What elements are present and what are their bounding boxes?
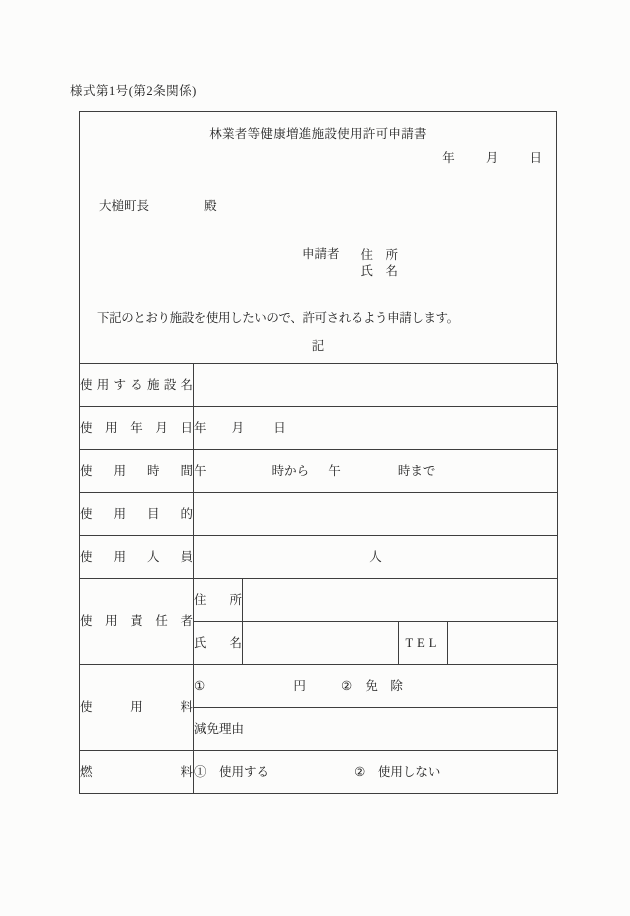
addressee-name: 大槌町長 bbox=[99, 199, 149, 213]
use-date-year-label: 年 bbox=[194, 421, 207, 435]
fee-exempt-label: 免 除 bbox=[365, 679, 403, 693]
headcount-label: 使用人員 bbox=[80, 536, 194, 579]
applicant-label: 申請者 bbox=[302, 248, 340, 261]
responsible-address-value-cell bbox=[243, 579, 558, 622]
use-time-label: 使用時間 bbox=[80, 450, 194, 493]
headcount-value-cell: 人 bbox=[194, 536, 558, 579]
use-time-to-suffix: 時まで bbox=[398, 464, 436, 478]
fee-yen-unit-label: 円 bbox=[293, 679, 306, 693]
list-marker: 記 bbox=[80, 340, 556, 353]
honorific: 殿 bbox=[204, 199, 217, 213]
use-time-meridiem-to: 午 bbox=[328, 464, 341, 478]
form-header: 林業者等健康増進施設使用許可申請書 年 月 日 大槌町長 殿 申請者 住 所 氏… bbox=[79, 111, 557, 363]
fee-reason-cell: 減免理由 bbox=[194, 708, 558, 751]
purpose-label: 使用目的 bbox=[80, 493, 194, 536]
use-date-label: 使用年月日 bbox=[80, 407, 194, 450]
application-form: 林業者等健康増進施設使用許可申請書 年 月 日 大槌町長 殿 申請者 住 所 氏… bbox=[79, 111, 557, 794]
fuel-label: 燃料 bbox=[80, 751, 194, 794]
applicant-fields: 住 所 氏 名 bbox=[361, 248, 399, 279]
use-date-month-label: 月 bbox=[232, 421, 245, 435]
responsible-name-value-cell bbox=[243, 622, 399, 665]
fee-option1-marker: ① bbox=[194, 679, 205, 693]
table-row-purpose: 使用目的 bbox=[80, 493, 558, 536]
use-date-day-label: 日 bbox=[273, 421, 286, 435]
document-page: 様式第1号(第2条関係) 林業者等健康増進施設使用許可申請書 年 月 日 大槌町… bbox=[0, 0, 630, 916]
table-row-fee-amount: 使用料 ① 円 ② 免 除 bbox=[80, 665, 558, 708]
date-month-label: 月 bbox=[486, 151, 499, 165]
date-line: 年 月 日 bbox=[442, 152, 542, 165]
fee-label: 使用料 bbox=[80, 665, 194, 751]
use-date-value-cell: 年 月 日 bbox=[194, 407, 558, 450]
headcount-unit-label: 人 bbox=[369, 550, 382, 564]
table-row-responsible-address: 使用責任者 住所 bbox=[80, 579, 558, 622]
document-title: 林業者等健康増進施設使用許可申請書 bbox=[80, 128, 556, 141]
responsible-tel-label: TEL bbox=[399, 622, 448, 665]
form-number: 様式第1号(第2条関係) bbox=[70, 85, 197, 98]
table-row-use-date: 使用年月日 年 月 日 bbox=[80, 407, 558, 450]
addressee-line: 大槌町長 殿 bbox=[99, 200, 217, 213]
responsible-label: 使用責任者 bbox=[80, 579, 194, 665]
responsible-tel-value-cell bbox=[448, 622, 558, 665]
fee-amount-cell: ① 円 ② 免 除 bbox=[194, 665, 558, 708]
request-text: 下記のとおり施設を使用したいので、許可されるよう申請します。 bbox=[97, 312, 459, 325]
facility-value-cell bbox=[194, 364, 558, 407]
fuel-option-use: ① 使用する bbox=[194, 765, 269, 779]
applicant-address-label: 住 所 bbox=[361, 248, 399, 262]
fee-reason-label: 減免理由 bbox=[194, 722, 244, 736]
fuel-option-no-use: ② 使用しない bbox=[354, 765, 440, 779]
purpose-value-cell bbox=[194, 493, 558, 536]
use-time-meridiem-from: 午 bbox=[194, 464, 207, 478]
table-row-use-time: 使用時間 午 時から 午 時まで bbox=[80, 450, 558, 493]
application-table: 使用する施設名 使用年月日 年 月 日 使用時間 午 時から bbox=[79, 363, 558, 794]
facility-label: 使用する施設名 bbox=[80, 364, 194, 407]
table-row-headcount: 使用人員 人 bbox=[80, 536, 558, 579]
use-time-value-cell: 午 時から 午 時まで bbox=[194, 450, 558, 493]
table-row-facility: 使用する施設名 bbox=[80, 364, 558, 407]
use-time-from-suffix: 時から bbox=[272, 464, 310, 478]
fuel-options-cell: ① 使用する ② 使用しない bbox=[194, 751, 558, 794]
applicant-name-label: 氏 名 bbox=[361, 264, 399, 278]
table-row-fuel: 燃料 ① 使用する ② 使用しない bbox=[80, 751, 558, 794]
fee-option2-marker: ② bbox=[341, 679, 352, 693]
responsible-address-label: 住所 bbox=[194, 579, 243, 622]
date-year-label: 年 bbox=[442, 151, 455, 165]
responsible-name-label: 氏名 bbox=[194, 622, 243, 665]
applicant-block: 申請者 住 所 氏 名 bbox=[302, 248, 398, 279]
date-day-label: 日 bbox=[529, 151, 542, 165]
